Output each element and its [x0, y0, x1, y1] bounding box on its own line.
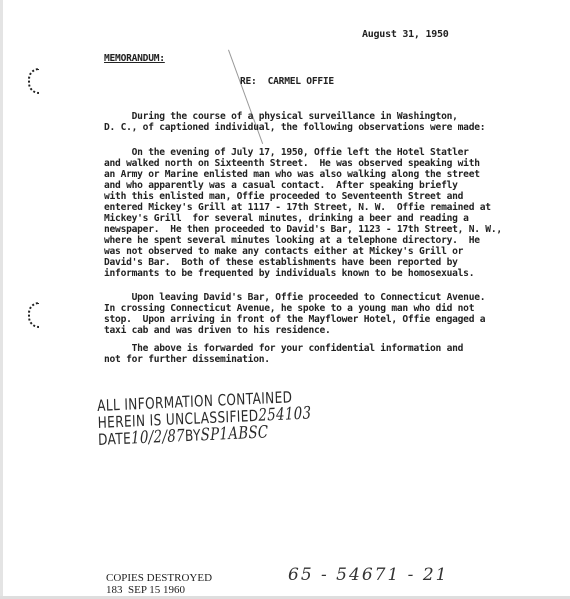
handwritten-file-number: 65 - 54671 - 21	[288, 565, 448, 585]
paragraph-departure: Upon leaving David's Bar, Offie proceede…	[104, 292, 485, 336]
declassification-stamp: ALL INFORMATION CONTAINED HEREIN IS UNCL…	[97, 388, 312, 449]
paragraph-closing: The above is forwarded for your confiden…	[104, 343, 463, 365]
copies-destroyed-label: COPIES DESTROYED	[106, 572, 212, 584]
copies-destroyed-date: 183 SEP 15 1960	[106, 584, 185, 596]
memo-heading: MEMORANDUM:	[104, 53, 165, 64]
punch-hole-mark	[28, 302, 39, 328]
stamp-handwritten-initials: SP1ABSC	[200, 422, 268, 445]
stamp-date-label: DATE	[98, 430, 131, 449]
paragraph-observations: On the evening of July 17, 1950, Offie l…	[104, 147, 502, 279]
paragraph-intro: During the course of a physical surveill…	[104, 111, 485, 133]
page-left-border	[0, 0, 3, 599]
memo-subject: RE: CARMEL OFFIE	[240, 76, 334, 87]
copies-destroyed-stamp: COPIES DESTROYED 183 SEP 15 1960	[106, 572, 212, 596]
stamp-by-label: BY	[185, 426, 201, 445]
memo-date: August 31, 1950	[362, 29, 449, 40]
stamp-handwritten-date: 10/2/87	[131, 426, 185, 448]
punch-hole-mark	[28, 68, 39, 94]
